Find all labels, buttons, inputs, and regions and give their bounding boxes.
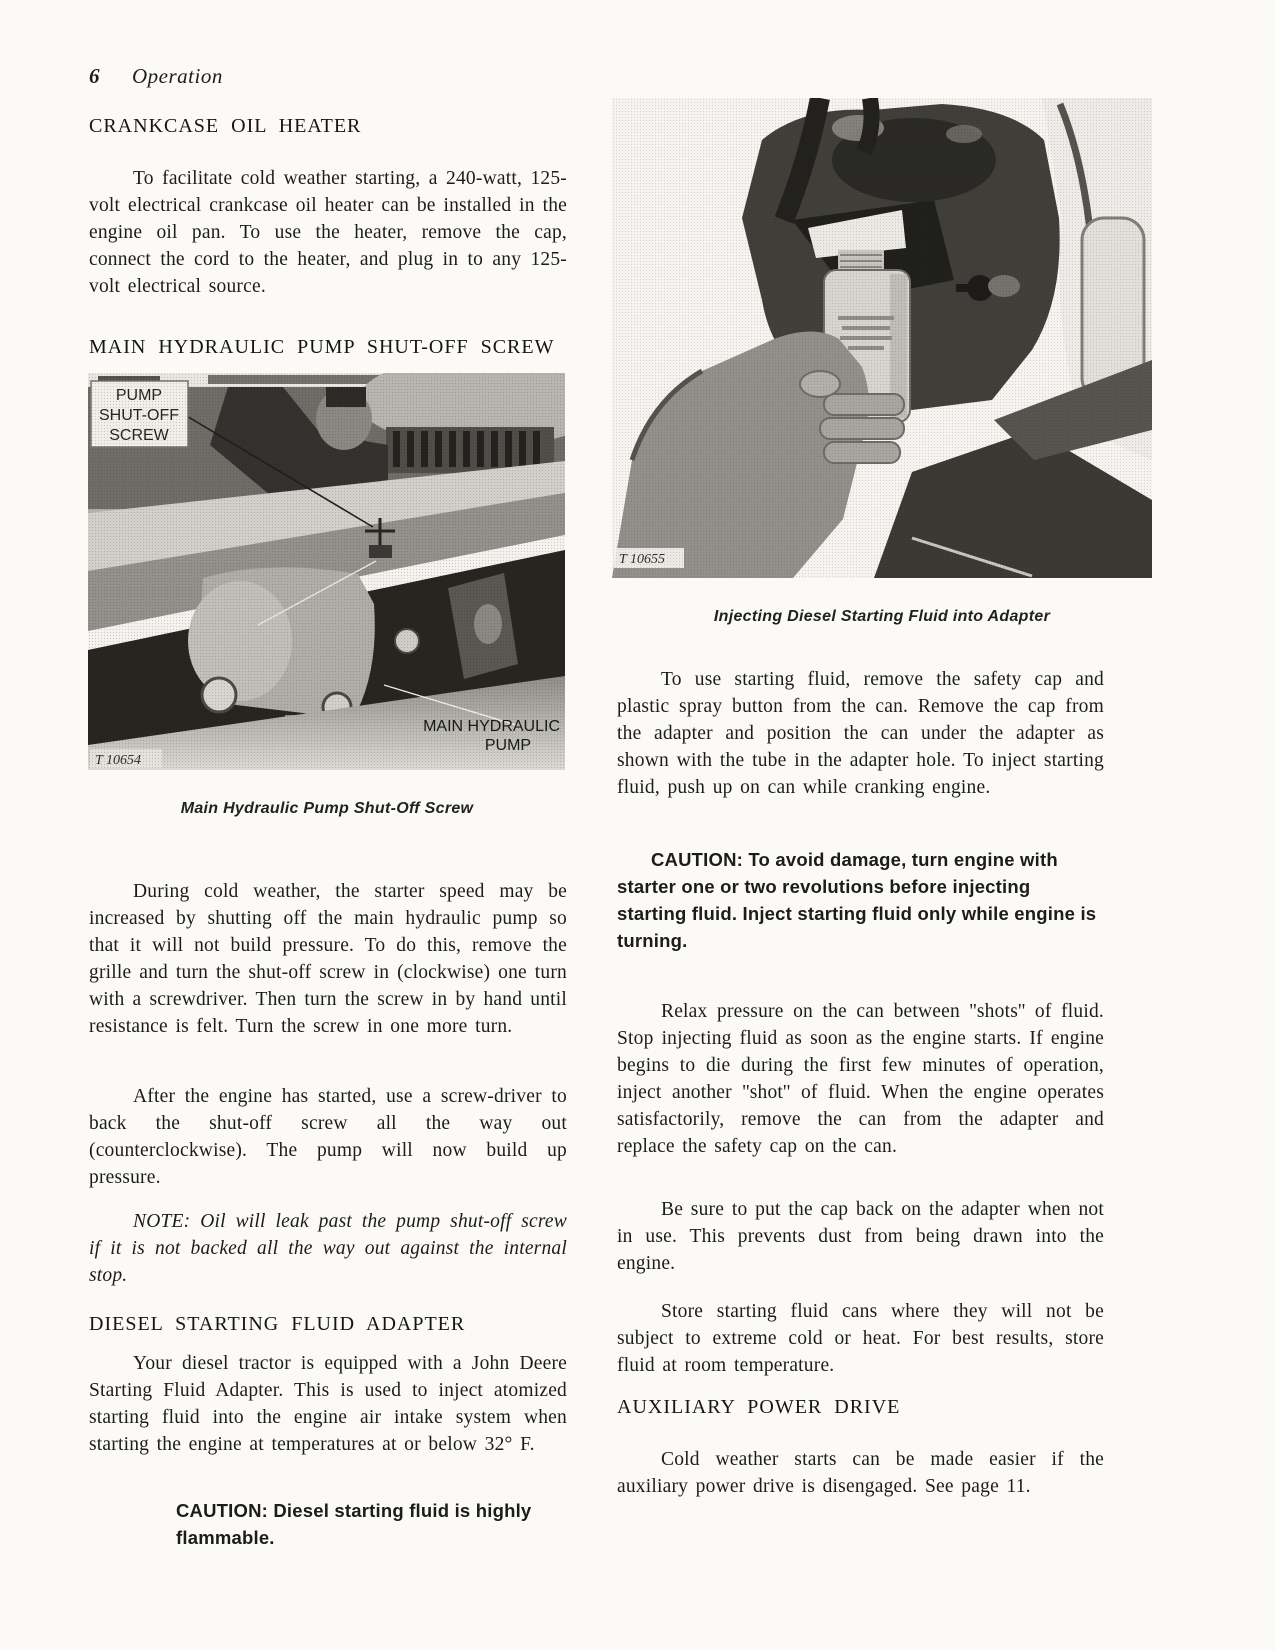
running-header: Operation (132, 64, 223, 89)
paragraph-after-engine: After the engine has started, use a scre… (89, 1083, 567, 1191)
paragraph-store-fluid: Store starting fluid cans where they wil… (617, 1298, 1104, 1379)
pump-photo-illustration: PUMP SHUT-OFF SCREW MAIN HYDRAULIC PUMP … (88, 373, 565, 770)
paragraph-cold-weather: During cold weather, the starter speed m… (89, 878, 567, 1040)
caption-injecting-fluid: Injecting Diesel Starting Fluid into Ada… (612, 608, 1152, 626)
paragraph-adapter: Your diesel tractor is equipped with a J… (89, 1350, 567, 1458)
caption-pump-shutoff: Main Hydraulic Pump Shut-Off Screw (88, 800, 566, 818)
inject-photo-illustration: T 10655 (612, 98, 1152, 578)
paragraph-use-fluid: To use starting fluid, remove the safety… (617, 666, 1104, 801)
page-number: 6 (89, 64, 100, 89)
caution-flammable: CAUTION: Diesel starting fluid is highly… (176, 1497, 568, 1551)
manual-page: 6 Operation CRANKCASE OIL HEATER To faci… (0, 0, 1275, 1650)
paragraph-cap-back: Be sure to put the cap back on the adapt… (617, 1196, 1104, 1277)
figure-inject-photo: T 10655 (612, 98, 1152, 578)
note-oil-leak: NOTE: Oil will leak past the pump shut-o… (89, 1208, 567, 1289)
paragraph-crankcase: To facilitate cold weather starting, a 2… (89, 165, 567, 300)
heading-auxiliary-power-drive: AUXILIARY POWER DRIVE (617, 1396, 900, 1419)
figure-pump-shutoff-photo: PUMP SHUT-OFF SCREW MAIN HYDRAULIC PUMP … (88, 373, 565, 770)
paragraph-relax-pressure: Relax pressure on the can between ''shot… (617, 998, 1104, 1160)
heading-diesel-starting-fluid-adapter: DIESEL STARTING FLUID ADAPTER (89, 1313, 465, 1336)
heading-main-hydraulic-pump: MAIN HYDRAULIC PUMP SHUT-OFF SCREW (89, 336, 554, 359)
caution-avoid-damage: CAUTION: To avoid damage, turn engine wi… (617, 846, 1104, 954)
paragraph-auxiliary-power: Cold weather starts can be made easier i… (617, 1446, 1104, 1500)
heading-crankcase-oil-heater: CRANKCASE OIL HEATER (89, 115, 361, 138)
